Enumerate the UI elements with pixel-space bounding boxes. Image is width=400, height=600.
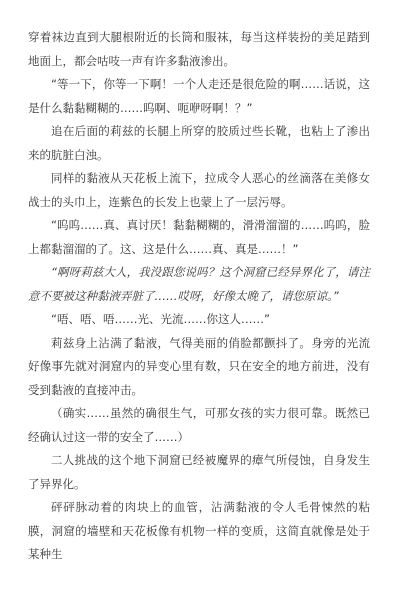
paragraph: “呜呜……真、真讨厌！黏黏糊糊的，滑滑溜溜的……呜呜，脸上都黏溜溜的了。这、这是…: [28, 214, 370, 261]
paragraph: 追在后面的莉兹的长腿上所穿的胶质过些长靴，也粘上了渗出来的肮脏白浊。: [28, 120, 370, 167]
text-block: 穿着袜边直到大腿根附近的长筒和服袜，每当这样装扮的美足踏到地面上，都会咕吱一声有…: [28, 26, 370, 567]
paragraph: 砰砰脉动着的肉块上的血管，沾满黏液的令人毛骨悚然的粘膜，洞窟的墙壁和天花板像有机…: [28, 496, 370, 567]
paragraph: “等一下，你等一下啊！一个人走还是很危险的啊……话说，这是什么黏黏糊糊的……呜啊…: [28, 73, 370, 120]
paragraph: 同样的黏液从天花板上流下，拉成令人恶心的丝滴落在美修女战士的头巾上，连紫色的长发…: [28, 167, 370, 214]
paragraph: “唔、唔、唔……光、光流……你这人……”: [28, 308, 370, 332]
paragraph: 二人挑战的这个地下洞窟已经被魔界的瘴气所侵蚀，自身发生了异界化。: [28, 449, 370, 496]
paragraph: 穿着袜边直到大腿根附近的长筒和服袜，每当这样装扮的美足踏到地面上，都会咕吱一声有…: [28, 26, 370, 73]
paragraph: 莉兹身上沾满了黏液，气得美丽的俏脸都颤抖了。身旁的光流好像事先就对洞窟内的异变心…: [28, 332, 370, 403]
ebook-page: 穿着袜边直到大腿根附近的长筒和服袜，每当这样装扮的美足踏到地面上，都会咕吱一声有…: [0, 0, 400, 600]
paragraph: （确实……虽然的确很生气，可那女孩的实力很可靠。既然已经确认过这一带的安全了………: [28, 402, 370, 449]
paragraph: “啊呀莉兹大人，我没跟您说吗？这个洞窟已经异界化了，请注意不要被这种黏液弄脏了……: [28, 261, 370, 308]
